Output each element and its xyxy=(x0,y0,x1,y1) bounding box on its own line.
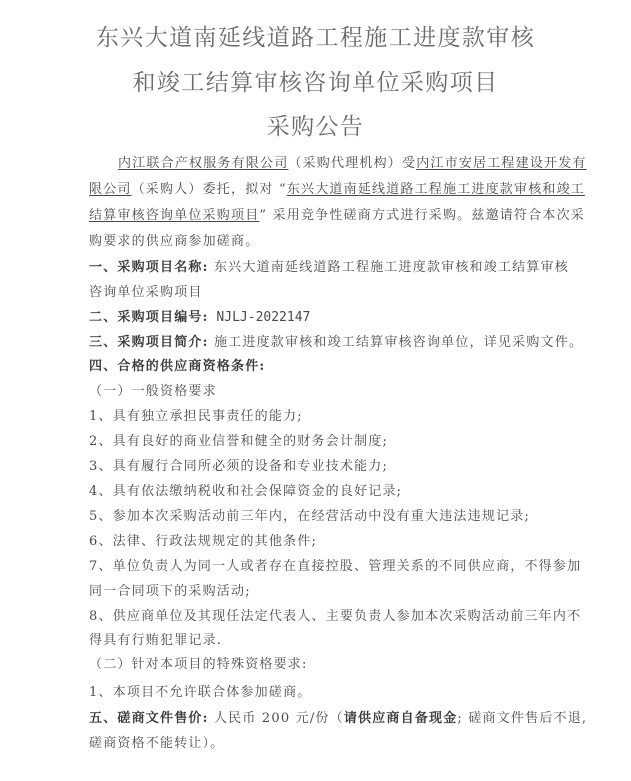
section-3-label: 三、采购项目简介: xyxy=(89,335,209,350)
title-line-1: 东兴大道南延线道路工程施工进度款审核 xyxy=(0,24,631,52)
cash-note: 请供应商自备现金 xyxy=(344,711,458,726)
section-1-line-2: 咨询单位采购项目 xyxy=(89,284,529,302)
section-5-line-1: 五、磋商文件售价: 人民币 200 元/份（请供应商自备现金; 磋商文件售后不退… xyxy=(89,710,529,728)
project-name-part2: 结算审核咨询单位采购项目 xyxy=(89,208,259,223)
general-item: 2、具有良好的商业信誉和健全的财务会计制度; xyxy=(89,433,529,451)
general-item: 4、具有依法缴纳税收和社会保障资金的良好记录; xyxy=(89,483,529,501)
general-item-continued: 得具有行贿犯罪记录. xyxy=(89,632,529,650)
section-2-project-number: 二、采购项目编号: NJLJ-2022147 xyxy=(89,309,529,327)
section-4-label: 四、合格的供应商资格条件: xyxy=(89,358,529,376)
purchaser-role: （采购人）委托，拟对 “ xyxy=(132,182,287,197)
price-terms: ; 磋商文件售后不退, xyxy=(457,711,587,726)
section-5-line-2: 磋商资格不能转让）。 xyxy=(89,735,529,753)
project-number: NJLJ-2022147 xyxy=(209,310,311,325)
intro-line-4: 购要求的供应商参加磋商。 xyxy=(89,233,529,251)
purchaser-name-part1: 内江市安居工程建设开发有 xyxy=(416,156,586,171)
intro-line-1: 内江联合产权服务有限公司（采购代理机构）受内江市安居工程建设开发有 xyxy=(89,155,529,173)
general-item: 1、具有独立承担民事责任的能力; xyxy=(89,408,529,426)
section-5-label: 五、磋商文件售价: xyxy=(89,711,209,726)
intro-line-2: 限公司（采购人）委托，拟对 “东兴大道南延线道路工程施工进度款审核和竣工 xyxy=(89,181,529,199)
price-value: 人民币 200 元/份（ xyxy=(209,711,344,726)
general-item: 8、供应商单位及其现任法定代表人、主要负责人参加本次采购活动前三年内不 xyxy=(89,608,529,626)
section-3-value: 施工进度款审核和竣工结算审核咨询单位，详见采购文件。 xyxy=(209,335,584,350)
agency-name: 内江联合产权服务有限公司 xyxy=(118,156,288,171)
section-2-label: 二、采购项目编号: xyxy=(89,310,209,325)
general-item: 5、参加本次采购活动前三年内，在经营活动中没有重大违法违规记录; xyxy=(89,508,529,526)
general-requirements-heading: （一）一般资格要求 xyxy=(89,383,529,401)
intro-line-3: 结算审核咨询单位采购项目” 采用竞争性磋商方式进行采购。兹邀请符合本次采 xyxy=(89,207,529,225)
purchaser-name-part2: 限公司 xyxy=(89,182,132,197)
general-item: 3、具有履行合同所必须的设备和专业技术能力; xyxy=(89,458,529,476)
procurement-method: ” 采用竞争性磋商方式进行采购。兹邀请符合本次采 xyxy=(259,208,585,223)
special-requirements-heading: （二）针对本项目的特殊资格要求: xyxy=(89,656,529,674)
general-item: 7、单位负责人为同一人或者存在直接控股、管理关系的不同供应商，不得参加 xyxy=(89,558,529,576)
general-item: 6、法律、行政法规规定的其他条件; xyxy=(89,533,529,551)
section-1-value: 东兴大道南延线道路工程施工进度款审核和竣工结算审核 xyxy=(209,260,569,275)
special-item: 1、本项目不允许联合体参加磋商。 xyxy=(89,684,529,702)
title-line-3: 采购公告 xyxy=(0,113,631,141)
section-3-project-summary: 三、采购项目简介: 施工进度款审核和竣工结算审核咨询单位，详见采购文件。 xyxy=(89,334,529,352)
project-name-part1: 东兴大道南延线道路工程施工进度款审核和竣工 xyxy=(287,182,585,197)
title-line-2: 和竣工结算审核咨询单位采购项目 xyxy=(0,69,631,97)
section-1-line-1: 一、采购项目名称: 东兴大道南延线道路工程施工进度款审核和竣工结算审核 xyxy=(89,259,529,277)
agency-role: （采购代理机构）受 xyxy=(288,156,416,171)
section-1-label: 一、采购项目名称: xyxy=(89,260,209,275)
general-item-continued: 同一合同项下的采购活动; xyxy=(89,583,529,601)
